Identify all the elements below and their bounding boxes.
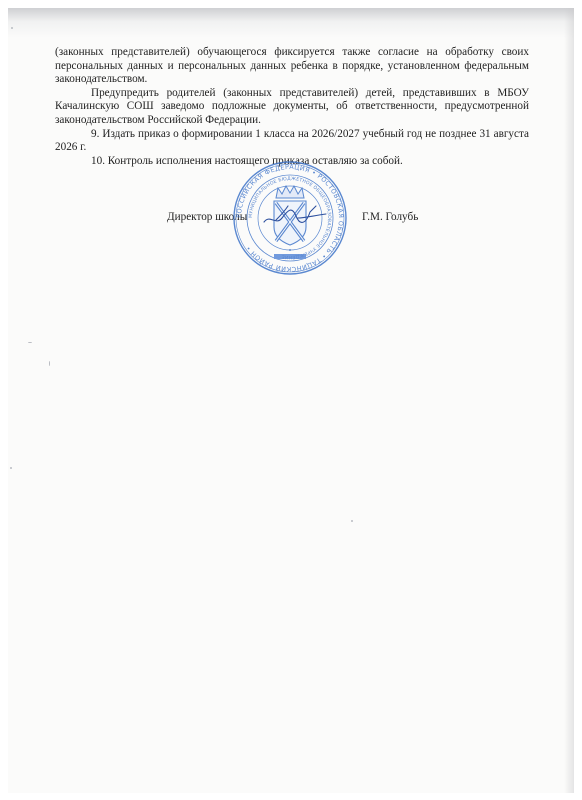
handwritten-signature bbox=[262, 200, 328, 230]
paragraph-consent: (законных представителей) обучающегося ф… bbox=[55, 46, 529, 87]
scan-speck bbox=[351, 520, 353, 522]
scan-speck bbox=[28, 342, 32, 343]
scan-speck bbox=[11, 27, 13, 29]
scan-speck bbox=[49, 361, 50, 366]
paragraph-item-9: 9. Издать приказ о формировании 1 класса… bbox=[55, 128, 529, 155]
document-body: (законных представителей) обучающегося ф… bbox=[55, 46, 529, 168]
signatory-name: Г.М. Голубь bbox=[362, 211, 418, 223]
scan-speck bbox=[10, 467, 12, 469]
paragraph-warning: Предупредить родителей (законных предста… bbox=[55, 87, 529, 128]
